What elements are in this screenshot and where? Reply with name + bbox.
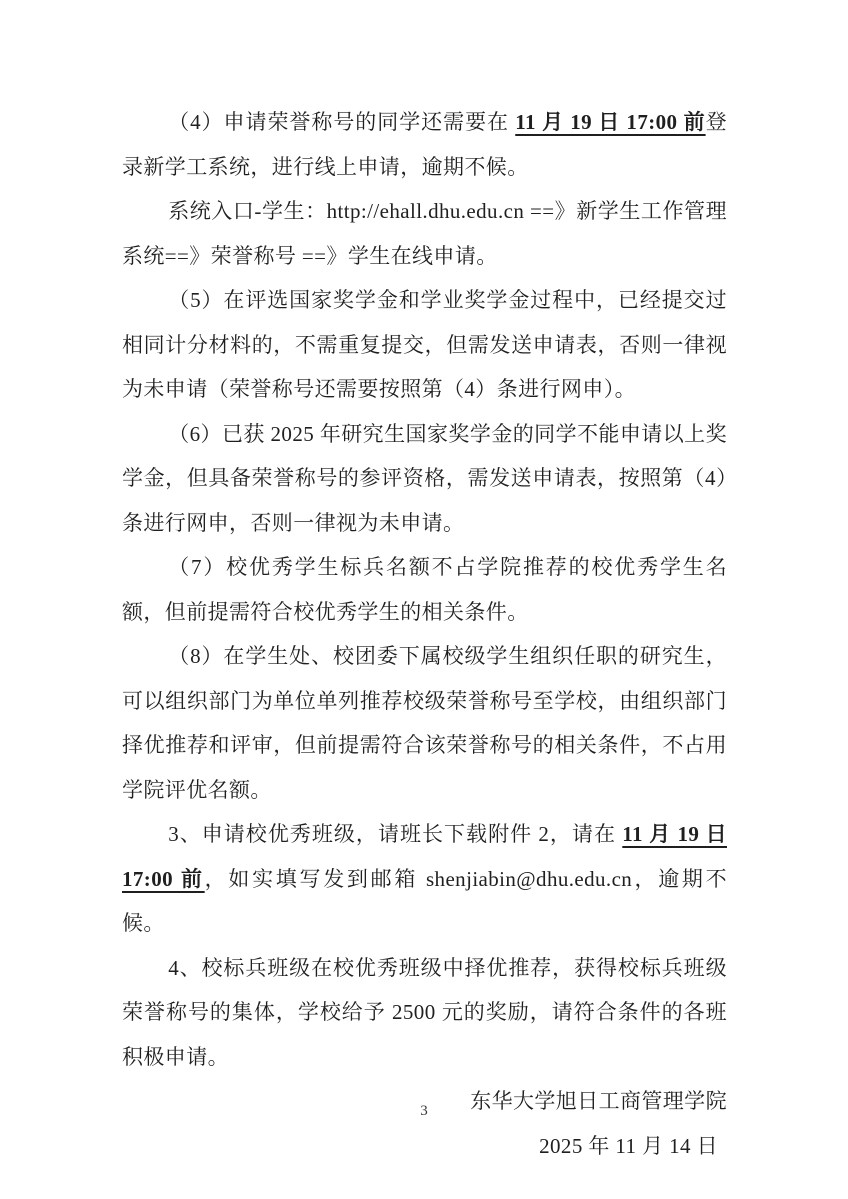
text-run: （7）校优秀学生标兵名额不占学院推荐的校优秀学生名额，但前提需符合校优秀学生的相…	[122, 555, 727, 624]
document-page: （4）申请荣誉称号的同学还需要在 11 月 19 日 17:00 前登录新学工系…	[0, 0, 848, 1199]
text-run: ，如实填写发到邮箱 shenjiabin@dhu.edu.cn，逾期不候。	[122, 867, 727, 936]
para-item-4: （4）申请荣誉称号的同学还需要在 11 月 19 日 17:00 前登录新学工系…	[122, 100, 727, 189]
para-item-8: （8）在学生处、校团委下属校级学生组织任职的研究生，可以组织部门为单位单列推荐校…	[122, 634, 727, 812]
para-item-7: （7）校优秀学生标兵名额不占学院推荐的校优秀学生名额，但前提需符合校优秀学生的相…	[122, 545, 727, 634]
para-item-6: （6）已获 2025 年研究生国家奖学金的同学不能申请以上奖学金，但具备荣誉称号…	[122, 412, 727, 546]
deadline-honor-title: 11 月 19 日 17:00 前	[515, 110, 705, 134]
text-run: 3、申请校优秀班级，请班长下载附件 2，请在	[168, 822, 622, 846]
para-item-5: （5）在评选国家奖学金和学业奖学金过程中，已经提交过相同计分材料的，不需重复提交…	[122, 278, 727, 412]
text-run: （4）申请荣誉称号的同学还需要在	[168, 110, 515, 134]
page-number: 3	[0, 1103, 848, 1120]
text-run: 4、校标兵班级在校优秀班级中择优推荐，获得校标兵班级荣誉称号的集体，学校给予 2…	[122, 956, 727, 1069]
document-body: （4）申请荣誉称号的同学还需要在 11 月 19 日 17:00 前登录新学工系…	[122, 100, 727, 1168]
para-system-entry: 系统入口-学生：http://ehall.dhu.edu.cn ==》新学生工作…	[122, 189, 727, 278]
text-run: （5）在评选国家奖学金和学业奖学金过程中，已经提交过相同计分材料的，不需重复提交…	[122, 288, 727, 401]
date-line: 2025 年 11 月 14 日	[122, 1124, 727, 1169]
text-run: 2025 年 11 月 14 日	[539, 1134, 718, 1158]
para-item-3-class: 3、申请校优秀班级，请班长下载附件 2，请在 11 月 19 日 17:00 前…	[122, 812, 727, 946]
text-run: （8）在学生处、校团委下属校级学生组织任职的研究生，可以组织部门为单位单列推荐校…	[122, 644, 727, 802]
text-run: 系统入口-学生：http://ehall.dhu.edu.cn ==》新学生工作…	[122, 199, 727, 268]
para-item-4-class: 4、校标兵班级在校优秀班级中择优推荐，获得校标兵班级荣誉称号的集体，学校给予 2…	[122, 946, 727, 1080]
text-run: （6）已获 2025 年研究生国家奖学金的同学不能申请以上奖学金，但具备荣誉称号…	[122, 422, 727, 535]
